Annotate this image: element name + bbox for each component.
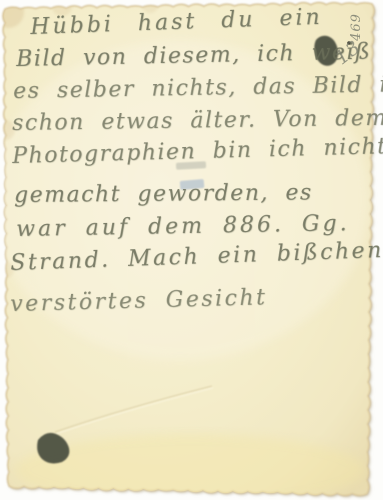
- handwriting-line: war auf dem 886. Gg.: [16, 213, 350, 241]
- handwriting-line: gemacht geworden, es: [14, 182, 313, 207]
- scanned-photo-back: Hübbi hast du ein Bild von diesem, ich w…: [0, 0, 383, 500]
- handwriting-line: schon etwas älter. Von dem: [12, 108, 383, 135]
